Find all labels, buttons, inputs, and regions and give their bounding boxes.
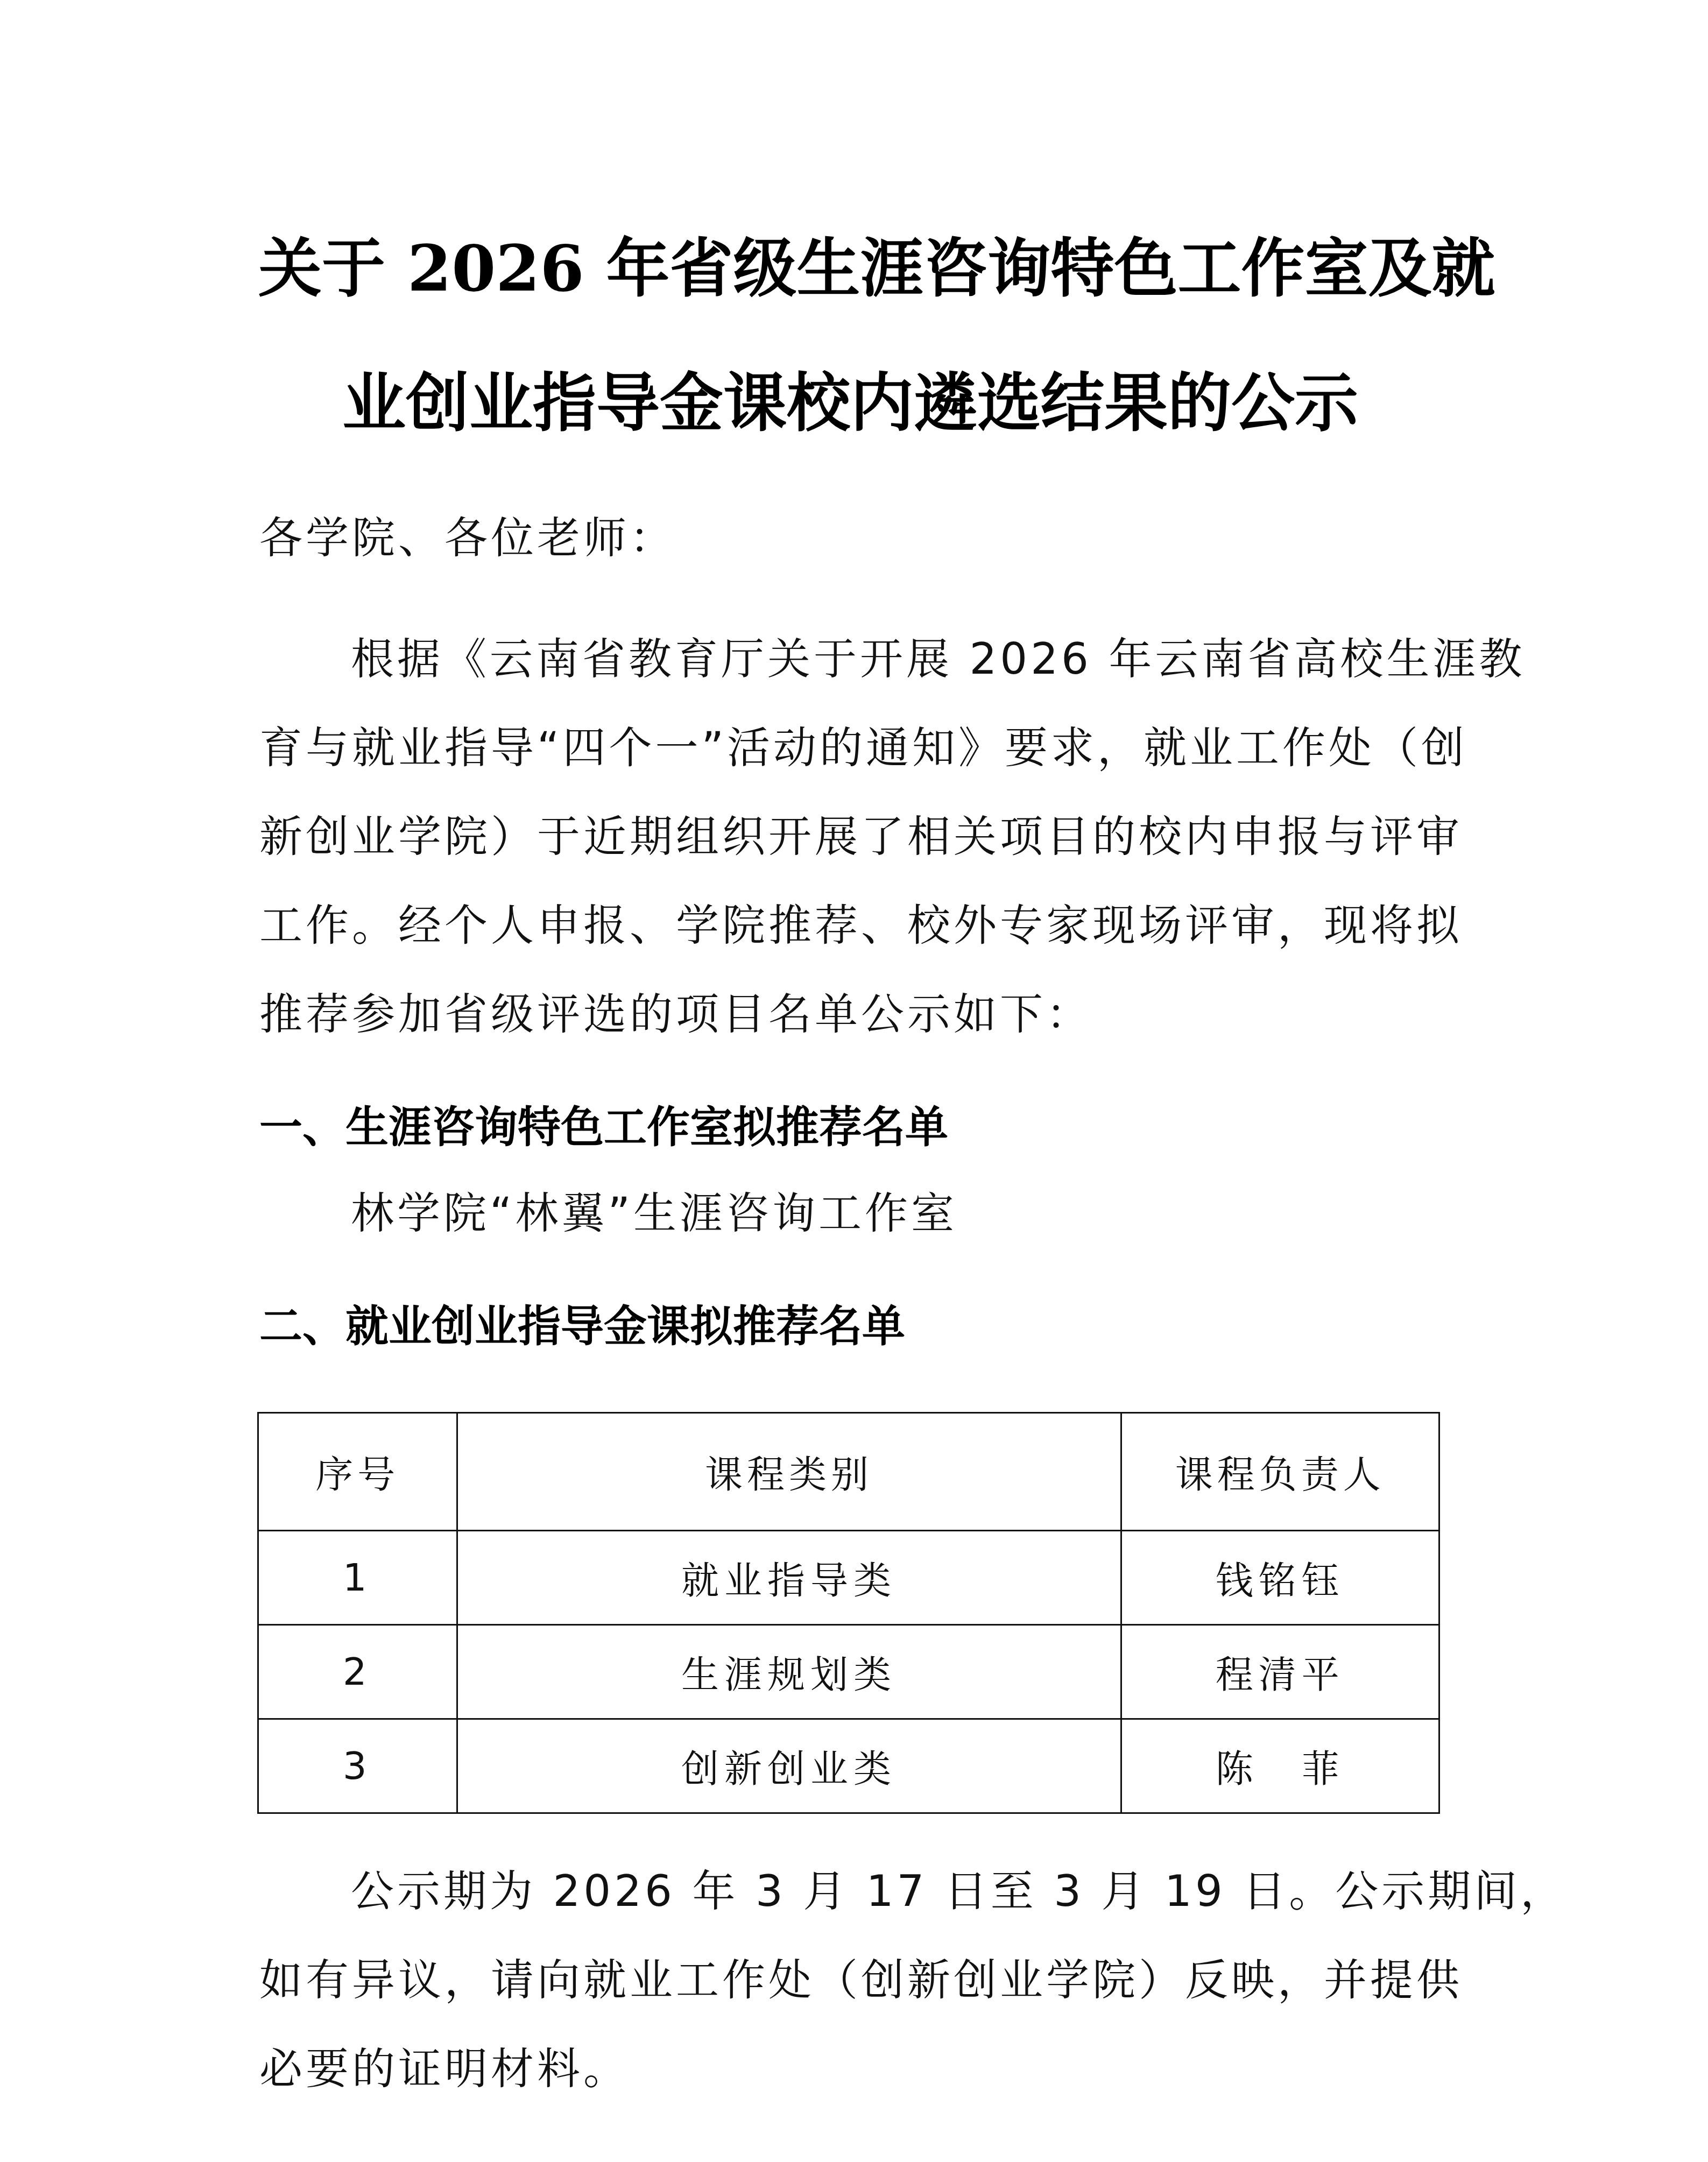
closing-line-1: 公示期为 2026 年 3 月 17 日至 3 月 19 日。公示期间， [351,1867,1566,1916]
section-2-heading: 二、就业创业指导金课拟推荐名单 [259,1302,905,1351]
header-category: 课程类别 [457,1413,1121,1531]
section-1-heading: 一、生涯咨询特色工作室拟推荐名单 [259,1103,948,1151]
intro-line-5: 推荐参加省级评选的项目名单公示如下： [259,990,1092,1038]
cell-index: 1 [258,1531,457,1625]
table-row: 3 创新创业类 陈 菲 [258,1719,1439,1813]
intro-line-2: 育与就业指导“四个一”活动的通知》要求，就业工作处（创 [259,724,1467,772]
closing-line-2: 如有异议，请向就业工作处（创新创业学院）反映，并提供 [259,1956,1463,2004]
cell-category: 就业指导类 [457,1531,1121,1625]
intro-line-4: 工作。经个人申报、学院推荐、校外专家现场评审，现将拟 [259,901,1463,950]
section-1-item: 林学院“林翼”生涯咨询工作室 [351,1189,957,1238]
course-table: 序号 课程类别 课程负责人 1 就业指导类 钱铭钰 2 生涯规划类 程清平 3 … [257,1412,1440,1814]
cell-index: 3 [258,1719,457,1813]
cell-lead: 钱铭钰 [1121,1531,1439,1625]
cell-index: 2 [258,1625,457,1719]
cell-lead: 程清平 [1121,1625,1439,1719]
notice-document: 关于 2026 年省级生涯咨询特色工作室及就 业创业指导金课校内遴选结果的公示 … [0,0,1708,2162]
intro-line-1: 根据《云南省教育厅关于开展 2026 年云南省高校生涯教 [351,635,1525,683]
cell-category: 生涯规划类 [457,1625,1121,1719]
table-row: 2 生涯规划类 程清平 [258,1625,1439,1719]
table-row: 1 就业指导类 钱铭钰 [258,1531,1439,1625]
table-header-row: 序号 课程类别 课程负责人 [258,1413,1439,1531]
intro-line-3: 新创业学院）于近期组织开展了相关项目的校内申报与评审 [259,812,1463,861]
salutation: 各学院、各位老师： [259,514,676,562]
cell-lead: 陈 菲 [1121,1719,1439,1813]
document-title-line-1: 关于 2026 年省级生涯咨询特色工作室及就 [258,237,1442,300]
closing-line-3: 必要的证明材料。 [259,2045,630,2093]
header-lead: 课程负责人 [1121,1413,1439,1531]
document-title-line-2: 业创业指导金课校内遴选结果的公示 [258,371,1442,435]
header-index: 序号 [258,1413,457,1531]
cell-category: 创新创业类 [457,1719,1121,1813]
